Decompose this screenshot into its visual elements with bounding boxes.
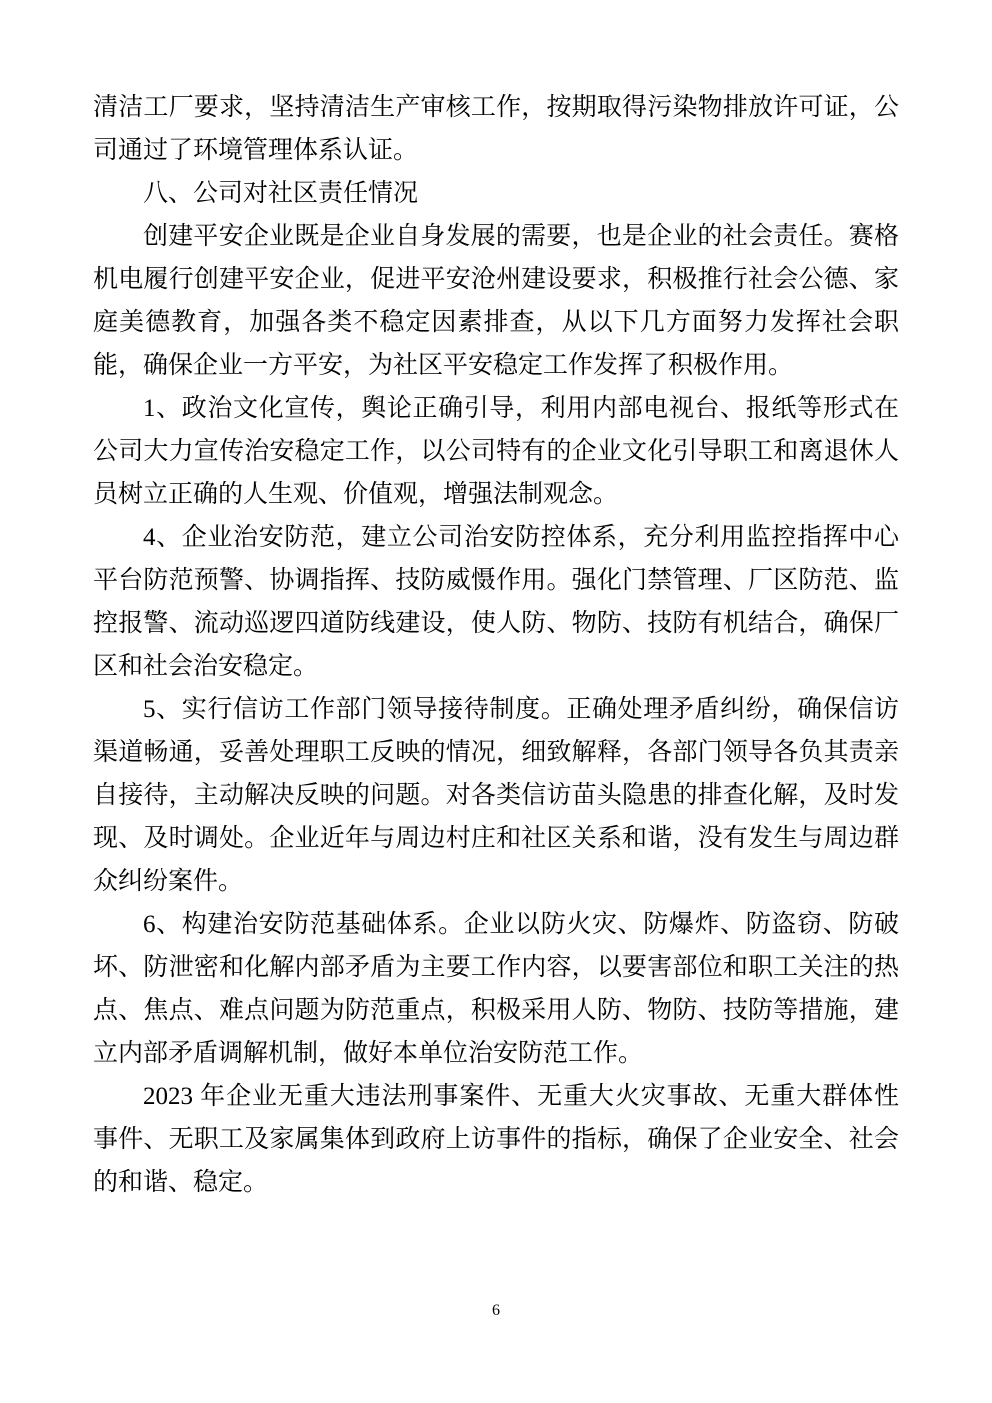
paragraph-item-1: 1、政治文化宣传，舆论正确引导，利用内部电视台、报纸等形式在公司大力宣传治安稳定… <box>93 387 899 516</box>
section-heading: 八、公司对社区责任情况 <box>93 172 899 215</box>
page-number: 6 <box>0 1300 992 1322</box>
paragraph-continuation: 清洁工厂要求，坚持清洁生产审核工作，按期取得污染物排放许可证，公司通过了环境管理… <box>93 86 899 172</box>
document-body: 清洁工厂要求，坚持清洁生产审核工作，按期取得污染物排放许可证，公司通过了环境管理… <box>93 86 899 1204</box>
paragraph-item-5: 5、实行信访工作部门领导接待制度。正确处理矛盾纠纷，确保信访渠道畅通，妥善处理职… <box>93 688 899 903</box>
paragraph-item-6: 6、构建治安防范基础体系。企业以防火灾、防爆炸、防盗窃、防破坏、防泄密和化解内部… <box>93 903 899 1075</box>
paragraph-item-4: 4、企业治安防范，建立公司治安防控体系，充分利用监控指挥中心平台防范预警、协调指… <box>93 516 899 688</box>
paragraph: 创建平安企业既是企业自身发展的需要，也是企业的社会责任。赛格机电履行创建平安企业… <box>93 215 899 387</box>
document-page: 清洁工厂要求，坚持清洁生产审核工作，按期取得污染物排放许可证，公司通过了环境管理… <box>0 0 992 1403</box>
paragraph-summary: 2023 年企业无重大违法刑事案件、无重大火灾事故、无重大群体性事件、无职工及家… <box>93 1075 899 1204</box>
